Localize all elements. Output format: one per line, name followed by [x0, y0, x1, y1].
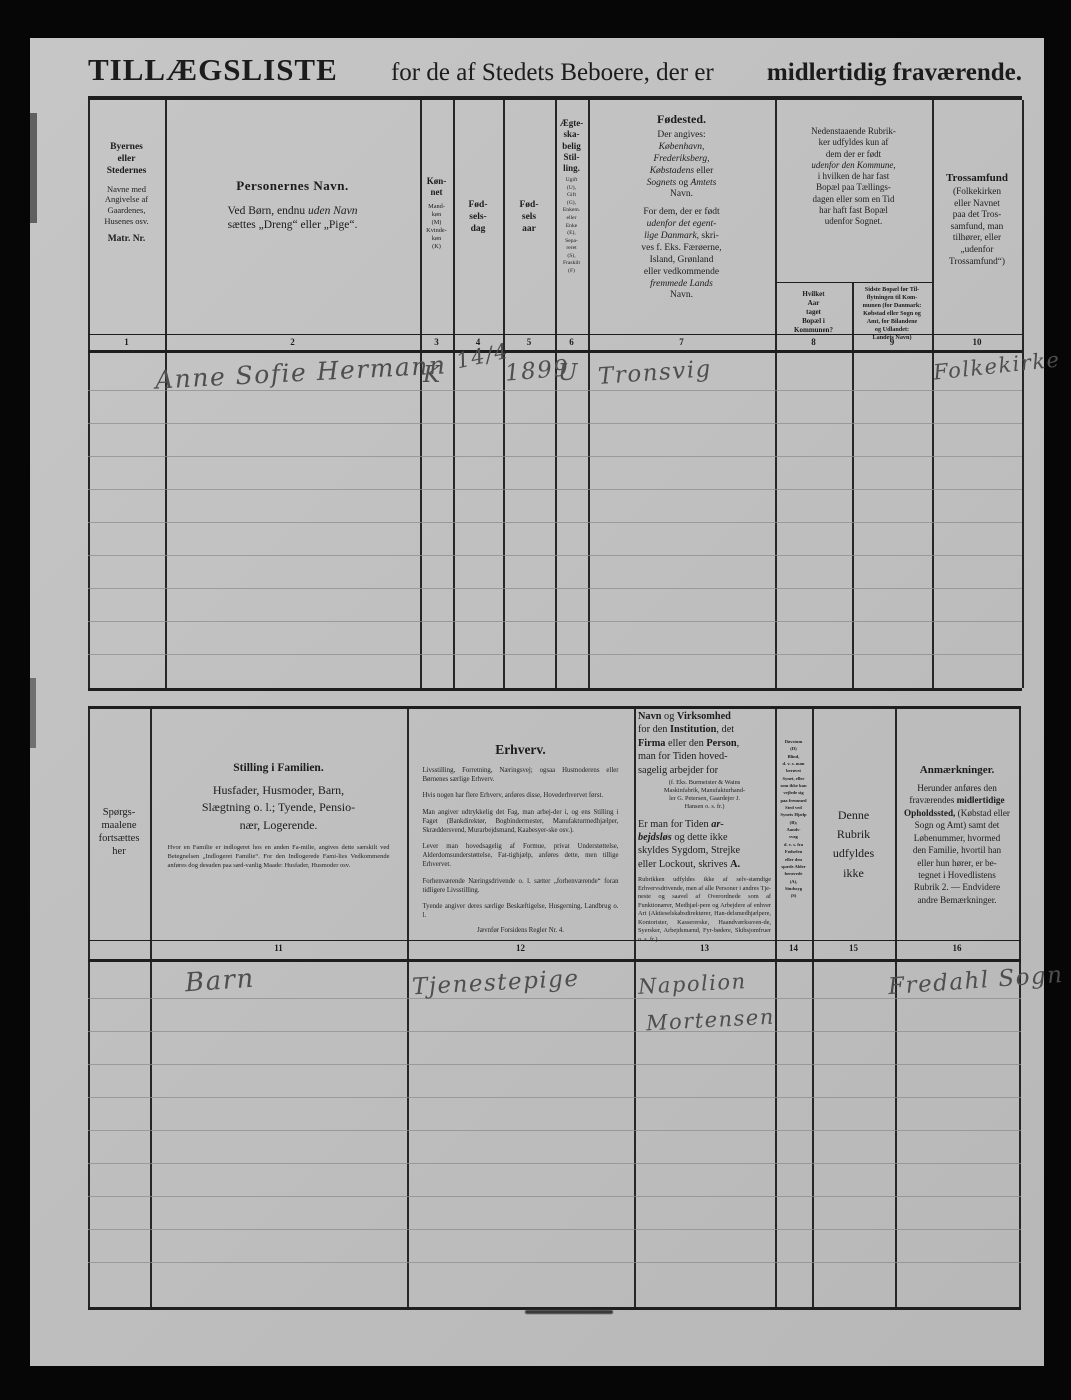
- grid-line: [812, 706, 814, 1307]
- col13-bold: Virksomhed: [677, 711, 731, 722]
- margin-label: Spørgs- maalene fortsættes her: [88, 806, 150, 859]
- col12-p3: Man angiver udtrykkelig det Fag, man arb…: [423, 808, 619, 836]
- col-number: 16: [895, 943, 1019, 953]
- col7-italic: fremmede Lands: [650, 279, 713, 289]
- entry-name: Anne Sofie Hermann: [154, 350, 447, 394]
- col13-header: Navn og Virksomhed for den Institution, …: [638, 710, 771, 944]
- ruled-line: [88, 588, 1022, 589]
- ruled-line: [88, 1097, 1021, 1098]
- col15-header: Denne Rubrik udfyldes ikke: [812, 806, 895, 883]
- col7-text: og: [676, 178, 690, 188]
- ruled-line: [88, 1031, 1021, 1032]
- grid-line: [503, 100, 505, 688]
- col2-header: Personernes Navn. Ved Børn, endnu uden N…: [165, 178, 420, 233]
- col13-mid: Er man for Tiden ar- bejdsløs og dette i…: [638, 818, 771, 872]
- entry-family-position: Barn: [184, 964, 256, 999]
- grid-line: [775, 282, 932, 283]
- grid-line: [88, 350, 1022, 353]
- entry-sex: K: [423, 362, 442, 388]
- col4-header: Fød- sels- dag: [453, 200, 503, 236]
- col2-note: Ved Børn, endnu uden Navn sættes „Dreng“…: [165, 204, 420, 233]
- scan-artifact: [30, 678, 36, 748]
- col12-p1: Livsstilling, Forretning, Næringsvej; og…: [423, 766, 619, 784]
- grid-line: [88, 706, 90, 1307]
- ruled-line: [88, 621, 1022, 622]
- col13-bold: A.: [730, 859, 740, 870]
- col1-matr: Matr. Nr.: [88, 234, 165, 244]
- col10-title: Trossamfund: [932, 172, 1022, 184]
- col16-header: Anmærkninger. Herunder anføres den fravæ…: [898, 764, 1016, 906]
- grid-line: [88, 706, 1021, 709]
- col7-note1: Der angives: København, Frederiksberg, K…: [588, 130, 775, 201]
- col-number: 7: [588, 337, 775, 347]
- ruled-line: [88, 456, 1022, 457]
- col5-header: Fød- sels aar: [503, 200, 555, 236]
- col10-header: Trossamfund (Folkekirken eller Navnet pa…: [932, 172, 1022, 268]
- entry-remark: Fredahl Sogn: [887, 962, 1064, 1000]
- grid-line: [1019, 706, 1021, 1307]
- col13-text: for den: [638, 724, 670, 735]
- form-title: TILLÆGSLISTE for de af Stedets Beboere, …: [88, 52, 1022, 88]
- col3-header: Køn- net Mand- køn (M) Kvinde- køn (K): [420, 176, 453, 252]
- col6-title: Ægte- ska- belig Stil- ling.: [555, 118, 588, 174]
- col2-note-text: Ved Børn, endnu: [227, 205, 308, 217]
- col7-text: eller: [694, 166, 713, 176]
- group-text: Nedenstaaende Rubrik- ker udfyldes kun a…: [811, 126, 896, 159]
- col-number: 3: [420, 337, 453, 347]
- col-number: 2: [165, 337, 420, 347]
- col11-title: Stilling i Familien.: [150, 762, 407, 774]
- col9-subheader: Sidste Bopæl før Til- flytningen til Kom…: [853, 286, 931, 342]
- col7-note2: For dem, der er født udenfor det egent- …: [588, 207, 775, 302]
- entry-employer-line1: Napolion: [637, 969, 747, 999]
- col-number: 5: [503, 337, 555, 347]
- form-title-main: TILLÆGSLISTE: [88, 52, 338, 88]
- group-text: i hvilken de har fast Bopæl paa Tællings…: [813, 171, 895, 226]
- col11-sub: Husfader, Husmoder, Barn, Slægtning o. l…: [150, 782, 407, 834]
- col8-subheader: Hvilket Aar taget Bopæl i Kommunen?: [775, 290, 852, 335]
- col13-text: , det: [716, 724, 734, 735]
- grid-line: [895, 706, 897, 1307]
- col10-note: (Folkekirken eller Navnet paa det Tros- …: [932, 187, 1022, 268]
- col-number: 1: [88, 337, 165, 347]
- col6-note: Ugift (U), Gift (G), Enkem. eller Enke (…: [555, 177, 588, 275]
- col7-text: Navn.: [670, 189, 693, 199]
- col-number: 15: [812, 943, 895, 953]
- col12-p5: Forhenværende Næringsdrivende o. l. sætt…: [423, 877, 619, 895]
- col-number: 14: [775, 943, 812, 953]
- col2-note-text: sættes „Dreng“ eller „Pige“.: [228, 219, 358, 231]
- col13-text: eller den: [665, 738, 706, 749]
- entry-birthplace: Tronsvig: [597, 356, 712, 390]
- col16-title: Anmærkninger.: [898, 764, 1016, 776]
- ruled-line: [88, 489, 1022, 490]
- col-number: 8: [775, 337, 852, 347]
- form-title-bold: midlertidig fraværende.: [767, 59, 1022, 87]
- col2-title: Personernes Navn.: [165, 178, 420, 194]
- col16-body: Herunder anføres den fraværendes midlert…: [898, 782, 1016, 906]
- grid-line: [88, 959, 1021, 962]
- col-number: 6: [555, 337, 588, 347]
- col7-text: Navn.: [670, 290, 693, 300]
- ruled-line: [88, 1229, 1021, 1230]
- ruled-line: [88, 998, 1021, 999]
- ruled-line: [88, 522, 1022, 523]
- col3-title: Køn- net: [420, 176, 453, 199]
- col7-title: Fødested.: [588, 112, 775, 127]
- ruled-line: [88, 1130, 1021, 1131]
- ruled-line: [88, 555, 1022, 556]
- col12-p6: Tyende angiver deres særlige Beskæftigel…: [423, 902, 619, 920]
- col13-tiny: Rubrikken udfyldes ikke af selv-stændige…: [638, 876, 771, 944]
- col2-note-italic: uden Navn: [308, 205, 358, 217]
- col12-title: Erhverv.: [407, 742, 634, 758]
- grid-line: [88, 940, 1021, 941]
- col13-text: og: [661, 711, 676, 722]
- scanned-census-page: TILLÆGSLISTE for de af Stedets Beboere, …: [0, 0, 1071, 1400]
- col13-bold: Navn: [638, 711, 661, 722]
- col12-p2: Hvis nogen har flere Erhverv, anføres di…: [423, 791, 619, 800]
- col-number: 9: [852, 337, 932, 347]
- ruled-line: [88, 423, 1022, 424]
- col14-header: Døvstum (D) Blind, d. v. s. man berøvet …: [775, 738, 812, 900]
- col1-header: Byernes eller Stedernes Navne med Angive…: [88, 142, 165, 244]
- entry-status: U: [558, 360, 579, 386]
- col7-italic: Amtets: [690, 178, 716, 188]
- col13-lead: Navn og Virksomhed for den Institution, …: [638, 710, 771, 777]
- col7-header: Fødested. Der angives: København, Freder…: [588, 112, 775, 302]
- ruled-line: [88, 1196, 1021, 1197]
- col11-tiny: Hvor en Familie er indlogeret hos en and…: [168, 844, 390, 870]
- scan-artifact: [30, 113, 37, 223]
- col13-paren: (f. Eks. Burmeister & Wains Maskinfabrik…: [638, 779, 771, 812]
- col-number: 11: [150, 943, 407, 953]
- col7-text: For dem, der er født: [643, 207, 719, 217]
- ruled-line: [88, 654, 1022, 655]
- col13-bold: Institution: [670, 724, 716, 735]
- col-number: 12: [407, 943, 634, 953]
- ruled-line: [88, 1262, 1021, 1263]
- grid-line: [1022, 100, 1024, 688]
- col12-header: Erhverv. Livsstilling, Forretning, Nærin…: [407, 742, 634, 934]
- entry-occupation: Tjenestepige: [411, 966, 580, 1001]
- printer-mark: [525, 1310, 613, 1314]
- form-title-mid: for de af Stedets Beboere, der er: [391, 59, 714, 87]
- col6-header: Ægte- ska- belig Stil- ling. Ugift (U), …: [555, 118, 588, 275]
- col-number: 13: [634, 943, 775, 953]
- col1-title: Byernes eller Stedernes: [88, 142, 165, 178]
- col7-italic: Sognets: [647, 178, 677, 188]
- col11-header: Stilling i Familien. Husfader, Husmoder,…: [150, 762, 407, 870]
- col3-note: Mand- køn (M) Kvinde- køn (K): [420, 203, 453, 252]
- col1-note: Navne med Angivelse af Gaardenes, Husene…: [88, 184, 165, 227]
- col12-p7: Jævnfør Forsidens Regler Nr. 4.: [423, 927, 619, 934]
- col13-text: Er man for Tiden: [638, 819, 711, 830]
- col12-p4: Lever man hovedsagelig af Formue, privat…: [423, 842, 619, 870]
- ruled-line: [88, 1064, 1021, 1065]
- grid-line: [453, 100, 455, 688]
- col13-bold: Firma: [638, 738, 665, 749]
- col8-9-group-header: Nedenstaaende Rubrik- ker udfyldes kun a…: [777, 126, 930, 227]
- col16-text: (Købstad eller Sogn og Amt) samt det Løb…: [913, 808, 1010, 905]
- col-number: 10: [932, 337, 1022, 347]
- grid-line: [634, 706, 636, 1307]
- ruled-line: [88, 1163, 1021, 1164]
- grid-line: [88, 688, 1022, 691]
- group-italic: udenfor den Kommune,: [811, 160, 895, 170]
- col13-bold: Person: [706, 738, 736, 749]
- paper-sheet: TILLÆGSLISTE for de af Stedets Beboere, …: [30, 38, 1044, 1366]
- col7-text: Der angives:: [657, 130, 705, 140]
